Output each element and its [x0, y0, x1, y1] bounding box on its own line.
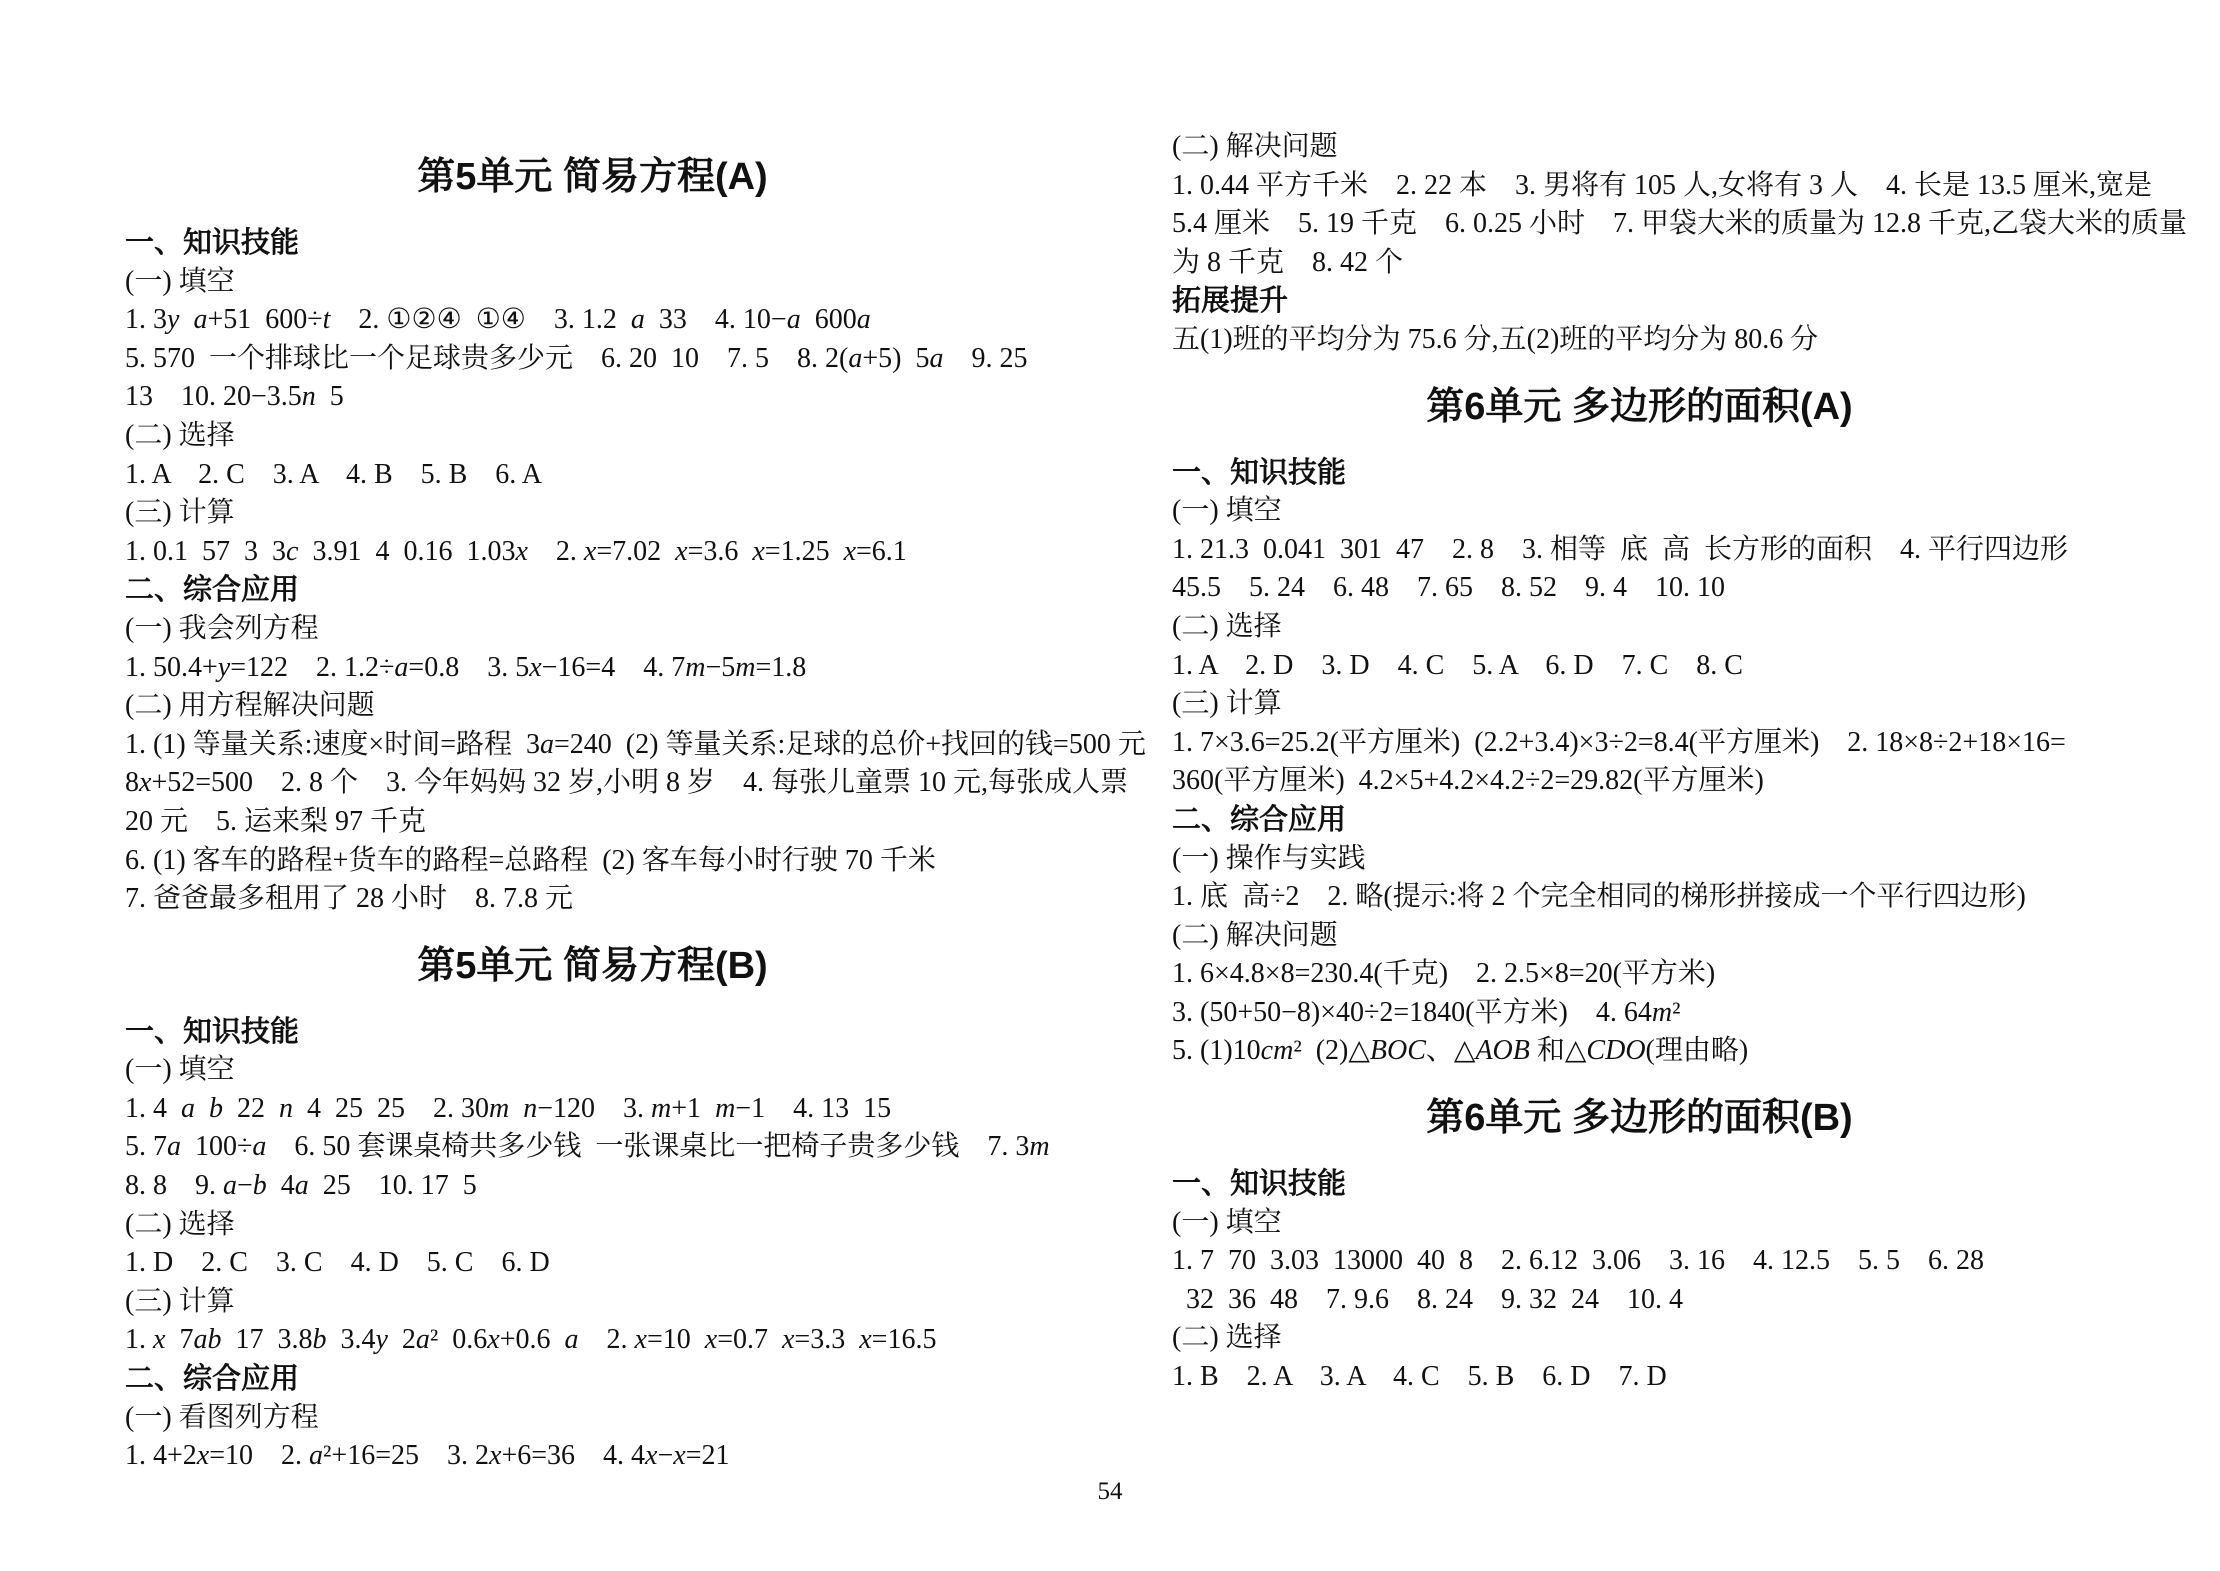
subsection-heading: (三) 计算 — [125, 1283, 1060, 1322]
subsection-heading: (二) 选择 — [125, 1206, 1060, 1245]
answer-line: 8. 8 9. a−b 4a 25 10. 17 5 — [125, 1167, 1060, 1206]
subsection-heading: (二) 用方程解决问题 — [125, 687, 1060, 726]
answer-key-page: 第5单元 简易方程(A)一、知识技能(一) 填空1. 3y a+51 600÷t… — [0, 0, 2220, 1571]
answer-line: 3. (50+50−8)×40÷2=1840(平方米) 4. 64m² — [1172, 994, 2107, 1033]
answer-line: 5. (1)10cm² (2)△BOC、△AOB 和△CDO(理由略) — [1172, 1032, 2107, 1071]
subsection-heading: (一) 我会列方程 — [125, 610, 1060, 649]
section-title: 第6单元 多边形的面积(A) — [1172, 382, 2107, 432]
answer-line: 6. (1) 客车的路程+货车的路程=总路程 (2) 客车每小时行驶 70 千米 — [125, 842, 1060, 881]
subsection-heading: (二) 解决问题 — [1172, 128, 2107, 167]
answer-line: 32 36 48 7. 9.6 8. 24 9. 32 24 10. 4 — [1172, 1281, 2107, 1320]
subsection-heading: (一) 操作与实践 — [1172, 840, 2107, 879]
subsection-heading: (一) 填空 — [125, 263, 1060, 302]
category-heading: 一、知识技能 — [1172, 1165, 2107, 1204]
category-heading: 一、知识技能 — [125, 224, 1060, 263]
answer-line: 五(1)班的平均分为 75.6 分,五(2)班的平均分为 80.6 分 — [1172, 321, 2107, 360]
answer-line: 1. 50.4+y=122 2. 1.2÷a=0.8 3. 5x−16=4 4.… — [125, 649, 1060, 688]
category-heading: 一、知识技能 — [125, 1013, 1060, 1052]
answer-line: 1. 7 70 3.03 13000 40 8 2. 6.12 3.06 3. … — [1172, 1242, 2107, 1281]
subsection-heading: (二) 解决问题 — [1172, 917, 2107, 956]
right-column: (二) 解决问题1. 0.44 平方千米 2. 22 本 3. 男将有 105 … — [1172, 128, 2107, 1397]
subsection-heading: (一) 看图列方程 — [125, 1399, 1060, 1438]
answer-line: 1. (1) 等量关系:速度×时间=路程 3a=240 (2) 等量关系:足球的… — [125, 726, 1060, 765]
left-column: 第5单元 简易方程(A)一、知识技能(一) 填空1. 3y a+51 600÷t… — [125, 130, 1060, 1476]
subsection-heading: (一) 填空 — [125, 1051, 1060, 1090]
answer-line: 1. D 2. C 3. C 4. D 5. C 6. D — [125, 1244, 1060, 1283]
answer-line: 1. x 7ab 17 3.8b 3.4y 2a² 0.6x+0.6 a 2. … — [125, 1321, 1060, 1360]
answer-line: 1. 0.44 平方千米 2. 22 本 3. 男将有 105 人,女将有 3 … — [1172, 167, 2107, 206]
answer-line: 360(平方厘米) 4.2×5+4.2×4.2÷2=29.82(平方厘米) — [1172, 762, 2107, 801]
answer-line: 8x+52=500 2. 8 个 3. 今年妈妈 32 岁,小明 8 岁 4. … — [125, 764, 1060, 803]
answer-line: 1. 7×3.6=25.2(平方厘米) (2.2+3.4)×3÷2=8.4(平方… — [1172, 724, 2107, 763]
answer-line: 5.4 厘米 5. 19 千克 6. 0.25 小时 7. 甲袋大米的质量为 1… — [1172, 205, 2107, 244]
answer-line: 45.5 5. 24 6. 48 7. 65 8. 52 9. 4 10. 10 — [1172, 569, 2107, 608]
answer-line: 1. A 2. C 3. A 4. B 5. B 6. A — [125, 456, 1060, 495]
answer-line: 5. 7a 100÷a 6. 50 套课桌椅共多少钱 一张课桌比一把椅子贵多少钱… — [125, 1128, 1060, 1167]
answer-line: 5. 570 一个排球比一个足球贵多少元 6. 20 10 7. 5 8. 2(… — [125, 340, 1060, 379]
subsection-heading: (三) 计算 — [125, 494, 1060, 533]
subsection-heading: (三) 计算 — [1172, 685, 2107, 724]
answer-line: 1. A 2. D 3. D 4. C 5. A 6. D 7. C 8. C — [1172, 647, 2107, 686]
answer-line: 1. 21.3 0.041 301 47 2. 8 3. 相等 底 高 长方形的… — [1172, 531, 2107, 570]
subsection-heading: (二) 选择 — [125, 417, 1060, 456]
category-heading: 二、综合应用 — [125, 571, 1060, 610]
subsection-heading: (二) 选择 — [1172, 1319, 2107, 1358]
answer-line: 1. 0.1 57 3 3c 3.91 4 0.16 1.03x 2. x=7.… — [125, 533, 1060, 572]
answer-line: 1. 3y a+51 600÷t 2. ①②④ ①④ 3. 1.2 a 33 4… — [125, 301, 1060, 340]
subsection-heading: (一) 填空 — [1172, 492, 2107, 531]
category-heading: 拓展提升 — [1172, 282, 2107, 321]
section-title: 第6单元 多边形的面积(B) — [1172, 1093, 2107, 1143]
answer-line: 1. 6×4.8×8=230.4(千克) 2. 2.5×8=20(平方米) — [1172, 955, 2107, 994]
answer-line: 1. 底 高÷2 2. 略(提示:将 2 个完全相同的梯形拼接成一个平行四边形) — [1172, 878, 2107, 917]
answer-line: 20 元 5. 运来梨 97 千克 — [125, 803, 1060, 842]
answer-line: 1. 4 a b 22 n 4 25 25 2. 30m n−120 3. m+… — [125, 1090, 1060, 1129]
subsection-heading: (二) 选择 — [1172, 608, 2107, 647]
category-heading: 二、综合应用 — [125, 1360, 1060, 1399]
subsection-heading: (一) 填空 — [1172, 1204, 2107, 1243]
category-heading: 二、综合应用 — [1172, 801, 2107, 840]
section-title: 第5单元 简易方程(A) — [125, 152, 1060, 202]
category-heading: 一、知识技能 — [1172, 454, 2107, 493]
answer-line: 7. 爸爸最多租用了 28 小时 8. 7.8 元 — [125, 880, 1060, 919]
answer-line: 13 10. 20−3.5n 5 — [125, 378, 1060, 417]
answer-line: 为 8 千克 8. 42 个 — [1172, 244, 2107, 283]
answer-line: 1. B 2. A 3. A 4. C 5. B 6. D 7. D — [1172, 1358, 2107, 1397]
section-title: 第5单元 简易方程(B) — [125, 941, 1060, 991]
answer-line: 1. 4+2x=10 2. a²+16=25 3. 2x+6=36 4. 4x−… — [125, 1437, 1060, 1476]
page-number: 54 — [0, 1478, 2220, 1506]
